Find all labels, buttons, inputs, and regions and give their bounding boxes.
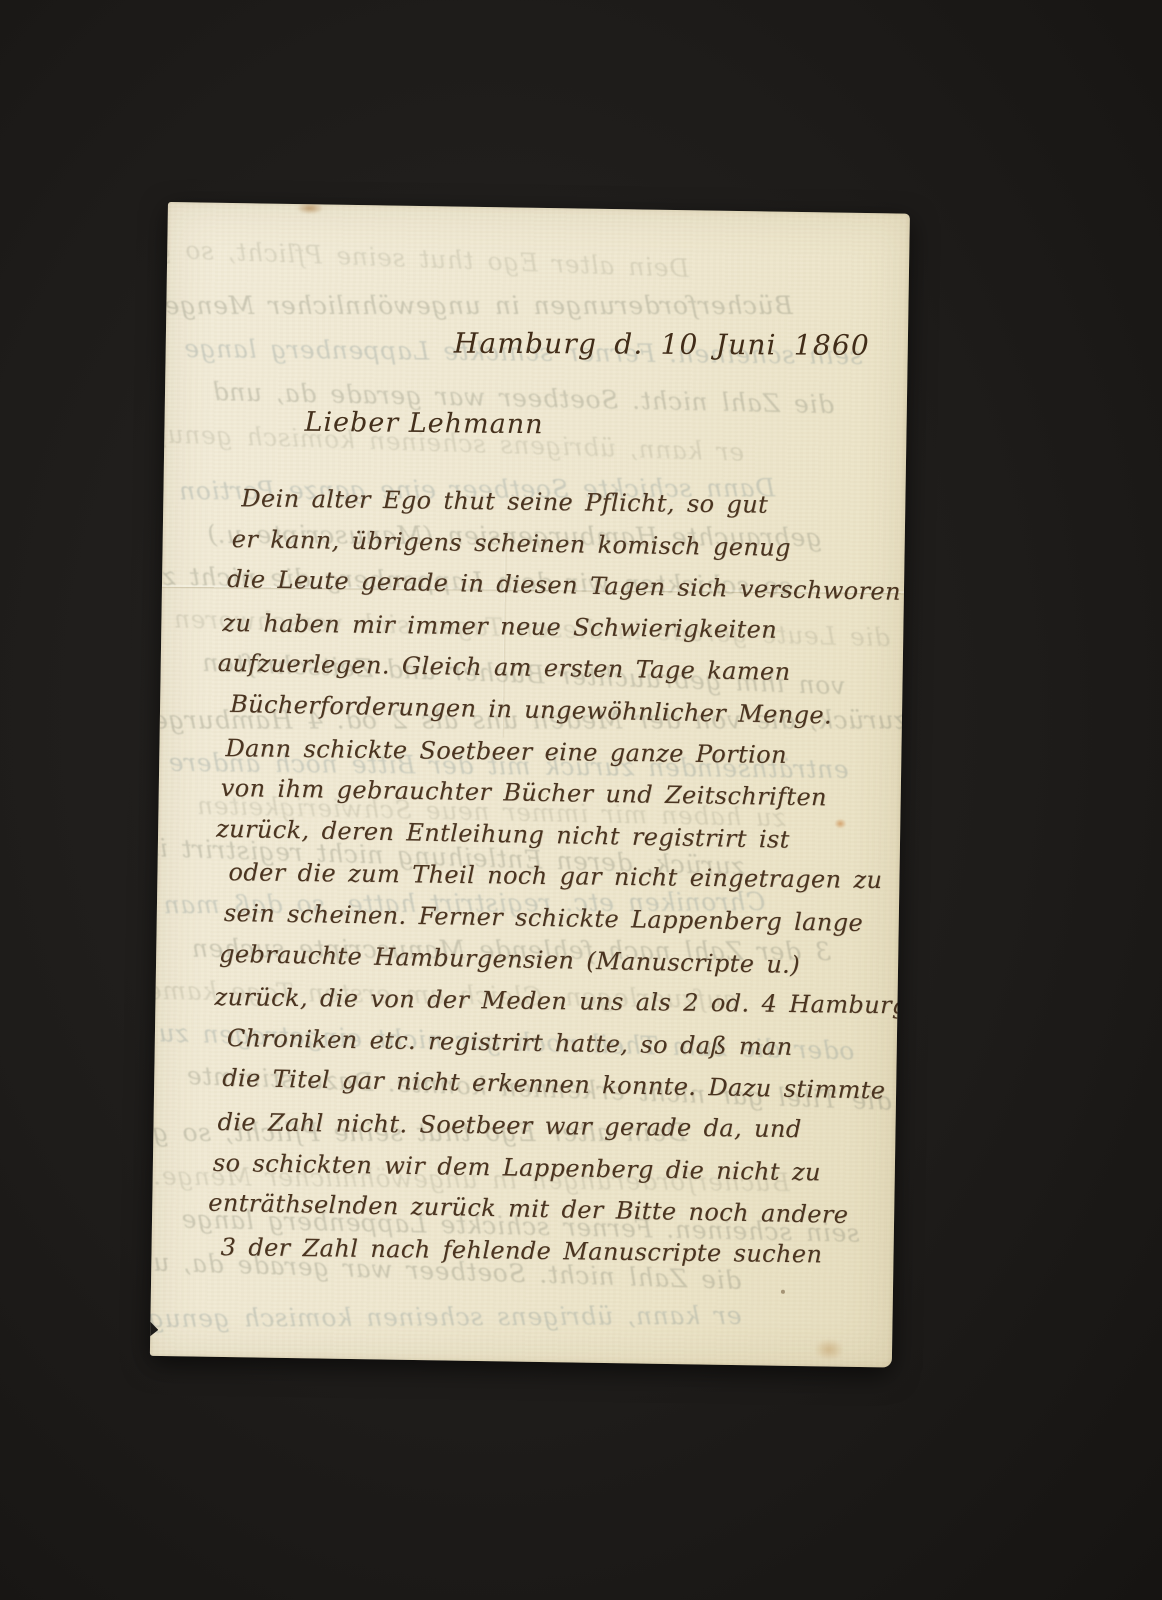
letter-content: Hamburg d. 10 Juni 1860 Lieber Lehmann D…: [150, 202, 910, 1368]
letter-paper: Dein alter Ego thut seine Pflicht, so gu…: [150, 202, 910, 1368]
handwriting-line: 3 der Zahl nach fehlende Manuscripte suc…: [220, 1227, 855, 1276]
letter-body: Dein alter Ego thut seine Pflicht, so gu…: [215, 477, 867, 1277]
letter-salutation: Lieber Lehmann: [304, 407, 543, 441]
letter-date: Hamburg d. 10 Juni 1860: [454, 327, 870, 362]
photo-background: Dein alter Ego thut seine Pflicht, so gu…: [0, 0, 1162, 1600]
